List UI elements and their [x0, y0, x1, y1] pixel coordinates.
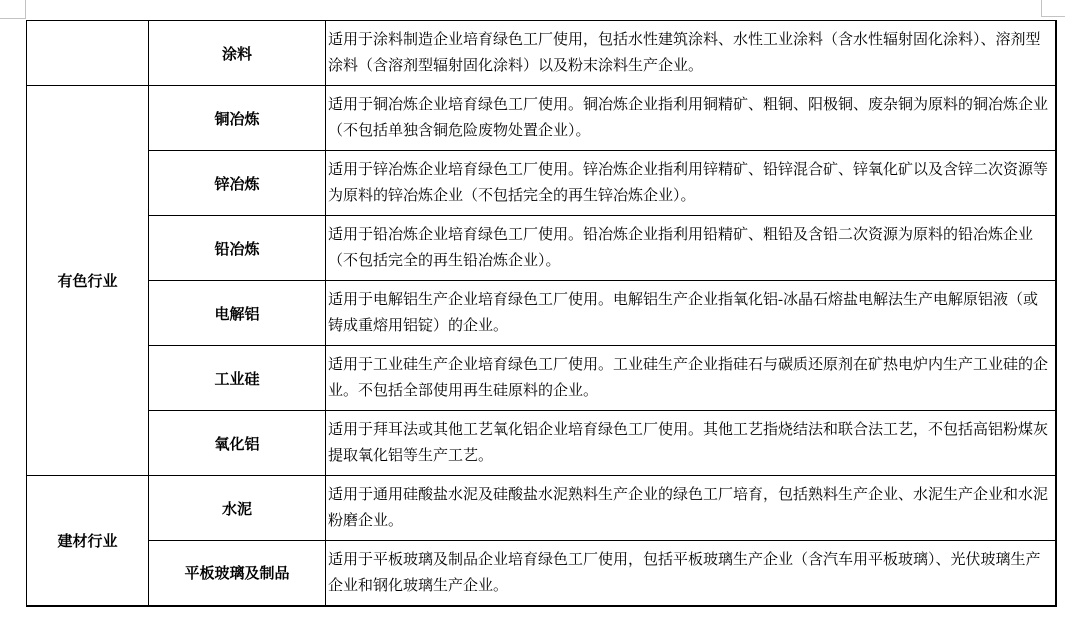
sector-cell-alumina: 氧化铝: [149, 411, 326, 476]
sector-cell-industrial-silicon: 工业硅: [149, 346, 326, 411]
description-cell-alumina: 适用于拜耳法或其他工艺氧化铝企业培育绿色工厂使用。其他工艺指烧结法和联合法工艺，…: [326, 411, 1056, 476]
faint-gridline-top-left-vertical: [25, 0, 26, 19]
table-row: 有色行业 铜冶炼 适用于铜冶炼企业培育绿色工厂使用。铜冶炼企业指利用铜精矿、粗铜…: [27, 86, 1056, 151]
description-cell-flat-glass-products: 适用于平板玻璃及制品企业培育绿色工厂使用，包括平板玻璃生产企业（含汽车用平板玻璃…: [326, 541, 1056, 606]
table-row: 铅冶炼 适用于铅冶炼企业培育绿色工厂使用。铅冶炼企业指利用铅精矿、粗铅及含铅二次…: [27, 216, 1056, 281]
sector-cell-copper-smelting: 铜冶炼: [149, 86, 326, 151]
description-cell-industrial-silicon: 适用于工业硅生产企业培育绿色工厂使用。工业硅生产企业指硅石与碳质还原剂在矿热电炉…: [326, 346, 1056, 411]
category-cell-nonferrous-industry: 有色行业: [27, 86, 149, 476]
sector-cell-cement: 水泥: [149, 476, 326, 541]
table-row: 锌冶炼 适用于锌冶炼企业培育绿色工厂使用。锌冶炼企业指利用锌精矿、铅锌混合矿、锌…: [27, 151, 1056, 216]
category-cell-empty: [27, 21, 149, 86]
sector-cell-zinc-smelting: 锌冶炼: [149, 151, 326, 216]
sector-cell-lead-smelting: 铅冶炼: [149, 216, 326, 281]
industry-scope-table: 涂料 适用于涂料制造企业培育绿色工厂使用，包括水性建筑涂料、水性工业涂料（含水性…: [26, 20, 1057, 607]
table-row: 平板玻璃及制品 适用于平板玻璃及制品企业培育绿色工厂使用，包括平板玻璃生产企业（…: [27, 541, 1056, 606]
description-cell-electrolytic-aluminum: 适用于电解铝生产企业培育绿色工厂使用。电解铝生产企业指氧化铝-冰晶石熔盐电解法生…: [326, 281, 1056, 346]
sector-cell-flat-glass-products: 平板玻璃及制品: [149, 541, 326, 606]
faint-gridline-top-right-vertical: [1041, 0, 1042, 17]
sector-cell-coatings: 涂料: [149, 21, 326, 86]
description-cell-cement: 适用于通用硅酸盐水泥及硅酸盐水泥熟料生产企业的绿色工厂培育，包括熟料生产企业、水…: [326, 476, 1056, 541]
sector-cell-electrolytic-aluminum: 电解铝: [149, 281, 326, 346]
description-cell-coatings: 适用于涂料制造企业培育绿色工厂使用，包括水性建筑涂料、水性工业涂料（含水性辐射固…: [326, 21, 1056, 86]
table-row: 电解铝 适用于电解铝生产企业培育绿色工厂使用。电解铝生产企业指氧化铝-冰晶石熔盐…: [27, 281, 1056, 346]
description-cell-copper-smelting: 适用于铜冶炼企业培育绿色工厂使用。铜冶炼企业指利用铜精矿、粗铜、阳极铜、废杂铜为…: [326, 86, 1056, 151]
table-row: 工业硅 适用于工业硅生产企业培育绿色工厂使用。工业硅生产企业指硅石与碳质还原剂在…: [27, 346, 1056, 411]
category-cell-building-materials-industry: 建材行业: [27, 476, 149, 606]
description-cell-lead-smelting: 适用于铅冶炼企业培育绿色工厂使用。铅冶炼企业指利用铅精矿、粗铅及含铅二次资源为原…: [326, 216, 1056, 281]
table-row: 氧化铝 适用于拜耳法或其他工艺氧化铝企业培育绿色工厂使用。其他工艺指烧结法和联合…: [27, 411, 1056, 476]
faint-gridline-top-left-horizontal: [0, 18, 26, 19]
table-row: 涂料 适用于涂料制造企业培育绿色工厂使用，包括水性建筑涂料、水性工业涂料（含水性…: [27, 21, 1056, 86]
table-row: 建材行业 水泥 适用于通用硅酸盐水泥及硅酸盐水泥熟料生产企业的绿色工厂培育，包括…: [27, 476, 1056, 541]
description-cell-zinc-smelting: 适用于锌冶炼企业培育绿色工厂使用。锌冶炼企业指利用锌精矿、铅锌混合矿、锌氧化矿以…: [326, 151, 1056, 216]
faint-gridline-top-right-horizontal: [1041, 16, 1065, 17]
